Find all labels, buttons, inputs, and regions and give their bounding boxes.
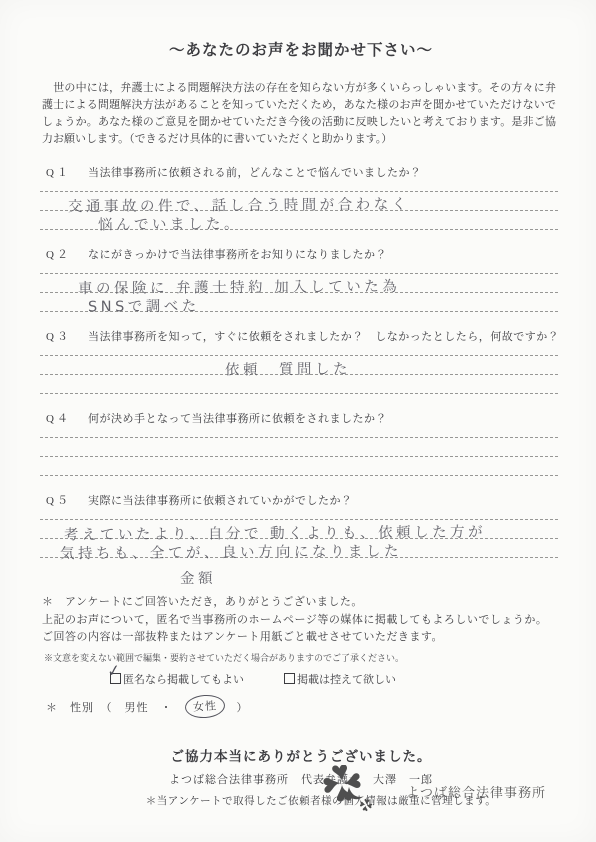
q4-answer-area <box>40 437 558 476</box>
handwritten-check-icon: ✓ <box>106 660 122 681</box>
answer-line: 車の保険に 弁護士特約 加入していた為 <box>40 274 558 293</box>
answer-line: SNSで調べた <box>40 293 558 312</box>
q4-text: 何が決め手となって当法律事務所に依頼をされましたか？ <box>88 410 387 426</box>
gender-option-female-circled: 女性 <box>184 693 226 719</box>
closing-thanks-line: ＊ アンケートにご回答いただき，ありがとうございました。 <box>42 594 562 612</box>
checkbox-icon-checked: ✓ <box>110 673 121 684</box>
q2-text: なにがきっかけで当法律事務所をお知りになりましたか？ <box>88 246 387 262</box>
question-block-q3: Q３ 当法律事務所を知って，すぐに依頼をされましたか？ しなかったとしたら，何故… <box>40 328 562 394</box>
q2-label: Q２ <box>46 246 88 262</box>
q2-handwritten-answer-2: SNSで調べた <box>88 295 200 317</box>
publish-consent-options: ✓ 匿名なら掲載してもよい 掲載は控えて欲しい <box>110 671 562 687</box>
answer-line: 気持ちも、全てが、良い方向になりました <box>40 539 558 558</box>
checkbox-icon-unchecked <box>284 673 295 684</box>
q1-handwritten-answer-2: 悩んでいました。 <box>98 212 242 234</box>
gender-prefix: ＊ 性別 （ <box>46 702 125 714</box>
q5-label: Q５ <box>46 492 88 508</box>
checkbox-no-publish-label: 掲載は控えて欲しい <box>297 671 396 687</box>
q2-answer-area: 車の保険に 弁護士特約 加入していた為 SNSで調べた <box>40 273 558 312</box>
questionnaire-scan: ～あなたのお声をお聞かせ下さい～ 世の中には，弁護士による問題解決方法の存在を知… <box>0 0 596 842</box>
q3-label: Q３ <box>46 328 88 344</box>
q5-handwritten-answer-2: 気持ちも、全てが、良い方向になりました <box>60 540 402 563</box>
q3-answer-area: 依頼 質問した <box>40 355 558 394</box>
question-block-q4: Q４ 何が決め手となって当法律事務所に依頼をされましたか？ <box>40 410 562 476</box>
q5-handwritten-note-below-line: 金額 <box>40 568 562 586</box>
q5-handwritten-answer-3: 金額 <box>180 567 216 588</box>
answer-line <box>40 375 558 394</box>
q1-text: 当法律事務所に依頼される前，どんなことで悩んでいましたか？ <box>88 164 422 180</box>
q3-text: 当法律事務所を知って，すぐに依頼をされましたか？ しなかったとしたら，何故ですか… <box>88 328 559 344</box>
firm-logo-block: よつば総合法律事務所 <box>322 765 546 817</box>
gender-separator: ・ <box>149 702 185 714</box>
checkbox-no-publish: 掲載は控えて欲しい <box>284 671 396 687</box>
answer-line: 悩んでいました。 <box>40 211 558 230</box>
checkbox-anonymous-ok-label: 匿名なら掲載してもよい <box>123 671 244 687</box>
closing-publish-line1: 上記のお声について，匿名で当事務所のホームページ等の媒体に掲載してもよろしいでし… <box>42 612 562 630</box>
answer-line: 交通事故の件で、話し合う時間が合わなく <box>40 192 558 211</box>
question-block-q5: Q５ 実際に当法律事務所に依頼されていかがでしたか？ 考えていたより、自分で 動… <box>40 492 562 586</box>
closing-edit-note: ※文意を変えない範囲で編集・要約させていただく場合がありますのでご了承ください。 <box>44 651 562 664</box>
q5-answer-area: 考えていたより、自分で 動くよりも、依頼した方が 気持ちも、全てが、良い方向にな… <box>40 519 558 558</box>
intro-paragraph: 世の中には，弁護士による問題解決方法の存在を知らない方が多くいらっしゃいます。そ… <box>42 80 556 148</box>
question-block-q1: Q１ 当法律事務所に依頼される前，どんなことで悩んでいましたか？ 交通事故の件で… <box>40 164 562 230</box>
footer-thanks-heading: ご協力本当にありがとうございました。 <box>40 745 562 765</box>
gender-option-male: 男性 <box>125 702 149 714</box>
answer-line <box>40 438 558 457</box>
gender-question-row: ＊ 性別 （ 男性 ・ 女性 ） <box>46 696 562 719</box>
checkbox-anonymous-ok: ✓ 匿名なら掲載してもよい <box>110 671 244 687</box>
gender-suffix: ） <box>225 702 249 714</box>
q4-label: Q４ <box>46 410 88 426</box>
four-leaf-clover-icon <box>322 765 378 817</box>
q5-text: 実際に当法律事務所に依頼されていかがでしたか？ <box>88 492 353 508</box>
answer-line: 依頼 質問した <box>40 356 558 375</box>
firm-logo-text: よつば総合法律事務所 <box>406 782 546 801</box>
q1-answer-area: 交通事故の件で、話し合う時間が合わなく 悩んでいました。 <box>40 191 558 230</box>
answer-line: 考えていたより、自分で 動くよりも、依頼した方が <box>40 520 558 539</box>
answer-line <box>40 457 558 476</box>
page-title: ～あなたのお声をお聞かせ下さい～ <box>40 38 562 60</box>
closing-publish-line2: ご回答の内容は一部抜粋またはアンケート用紙ごと載せさせていただきます。 <box>42 629 562 647</box>
q1-label: Q１ <box>46 164 88 180</box>
question-block-q2: Q２ なにがきっかけで当法律事務所をお知りになりましたか？ 車の保険に 弁護士特… <box>40 246 562 312</box>
